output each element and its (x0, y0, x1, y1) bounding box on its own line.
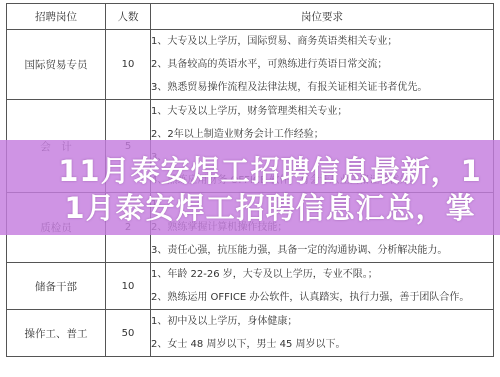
requirements-cell: 1、年龄 22-26 岁，大专及以上学历，专业不限。； 2、熟练运用 OFFIC… (151, 263, 494, 310)
requirements-cell: 1、大专及以上学历，国际贸易、商务英语类相关专业； 2、具备较高的英语水平，可熟… (151, 30, 494, 100)
table-row: 国际贸易专员 10 1、大专及以上学历，国际贸易、商务英语类相关专业； 2、具备… (7, 30, 494, 100)
requirement-line: 1、大专及以上学历，财务管理类相关专业； (151, 100, 493, 123)
requirement-line: 2、熟练运用 OFFICE 办公软件，认真踏实，执行力强，善于团队合作。 (151, 286, 493, 309)
header-position: 招聘岗位 (7, 4, 106, 30)
header-count: 人数 (106, 4, 151, 30)
table-row: 储备干部 10 1、年龄 22-26 岁，大专及以上学历，专业不限。； 2、熟练… (7, 263, 494, 310)
requirement-line: 3、责任心强，抗压能力强，具备一定的沟通协调、分析解决能力。 (151, 239, 493, 262)
requirement-line: 2、女士 48 周岁以下，男士 45 周岁以下。 (151, 333, 493, 356)
banner-title-line-1: 11月泰安焊工招聘信息最新，1 (0, 153, 500, 189)
requirement-line: 1、初中及以上学历，身体健康； (151, 310, 493, 333)
requirement-line: 1、年龄 22-26 岁，大专及以上学历，专业不限。； (151, 263, 493, 286)
requirement-line: 2、具备较高的英语水平，可熟练进行英语日常交流； (151, 53, 493, 76)
title-banner: 11月泰安焊工招聘信息最新，1 1月泰安焊工招聘信息汇总，掌 (0, 140, 500, 235)
count-cell: 10 (106, 263, 151, 310)
count-cell: 50 (106, 310, 151, 357)
position-cell: 储备干部 (7, 263, 106, 310)
table-row: 操作工、普工 50 1、初中及以上学历，身体健康； 2、女士 48 周岁以下，男… (7, 310, 494, 357)
position-cell: 操作工、普工 (7, 310, 106, 357)
position-cell: 国际贸易专员 (7, 30, 106, 100)
header-requirements: 岗位要求 (151, 4, 494, 30)
requirement-line: 3、熟悉贸易操作流程及法律法规，有报关证相关证书者优先。 (151, 76, 493, 99)
count-cell: 10 (106, 30, 151, 100)
requirements-cell: 1、初中及以上学历，身体健康； 2、女士 48 周岁以下，男士 45 周岁以下。 (151, 310, 494, 357)
banner-title-line-2: 1月泰安焊工招聘信息汇总，掌 (0, 189, 500, 227)
requirement-line: 1、大专及以上学历，国际贸易、商务英语类相关专业； (151, 30, 493, 53)
table-header-row: 招聘岗位 人数 岗位要求 (7, 4, 494, 30)
